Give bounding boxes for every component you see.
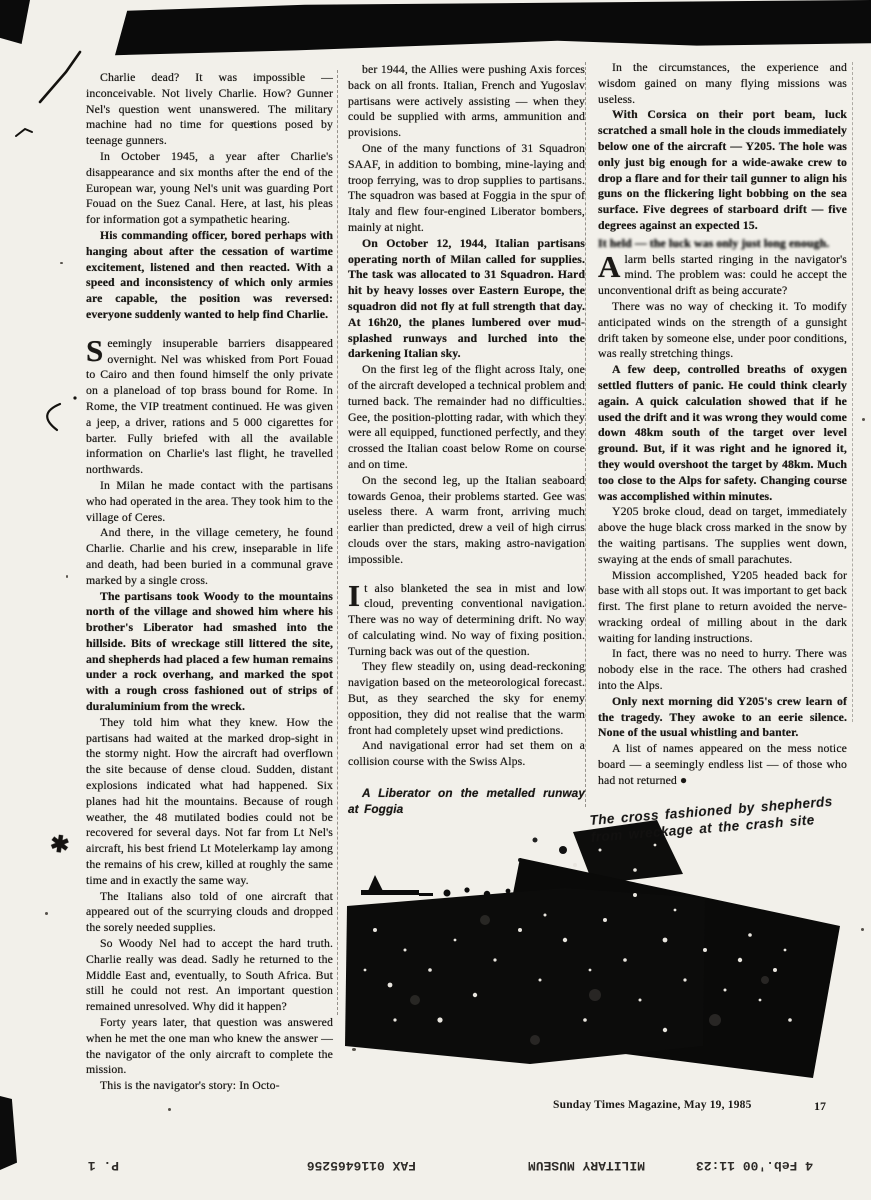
paragraph: In fact, there was no need to hurry. The… [598, 646, 847, 693]
scan-noise-dot [862, 418, 865, 421]
paragraph: Forty years later, that question was ans… [86, 1015, 333, 1078]
page-edge-rule [852, 62, 853, 722]
fax-page-count: P. 1 [88, 1158, 119, 1173]
paragraph: A list of names appeared on the mess not… [598, 741, 847, 788]
scan-artifact-top-band [0, 0, 871, 60]
page-footer: Sunday Times Magazine, May 19, 1985 17 [0, 1099, 871, 1115]
paragraph: In Milan he made contact with the partis… [86, 478, 333, 525]
paragraph: They told him what they knew. How the pa… [86, 715, 333, 889]
photo-crash-site [335, 820, 850, 1095]
paragraph: ber 1944, the Allies were pushing Axis f… [348, 62, 585, 141]
paragraph: So Woody Nel had to accept the hard trut… [86, 936, 333, 1015]
fax-number: FAX 0116465256 [307, 1158, 416, 1173]
paragraph: One of the many functions of 31 Squadron… [348, 141, 585, 236]
paragraph: Only next morning did Y205's crew learn … [598, 694, 847, 741]
drop-cap: S [86, 338, 103, 364]
scan-noise-dot [60, 262, 63, 264]
paragraph-with-dropcap: Seemingly insuperable barriers disappear… [86, 336, 333, 478]
paragraph: Mission accomplished, Y205 headed back f… [598, 568, 847, 647]
paragraph: And navigational error had set them on a… [348, 738, 585, 770]
paragraph: In the circumstances, the experience and… [598, 60, 847, 107]
drop-cap: A [598, 254, 621, 280]
fax-transmission-line: 4 Feb.'00 11:23 MILITARY MUSEUM FAX 0116… [0, 1152, 871, 1176]
illegible-smudged-line: It held — the luck was only just long en… [598, 236, 847, 252]
scan-noise-dot [45, 912, 48, 915]
paragraph: The Italians also told of one aircraft t… [86, 889, 333, 936]
paragraph: And there, in the village cemetery, he f… [86, 525, 333, 588]
paragraph: They flew steadily on, using dead-reckon… [348, 659, 585, 738]
paragraph: In October 1945, a year after Charlie's … [86, 149, 333, 228]
paragraph: There was no way of checking it. To modi… [598, 299, 847, 362]
scan-noise-dot [861, 928, 864, 931]
fax-sender: MILITARY MUSEUM [528, 1158, 645, 1173]
article-column-middle: ber 1944, the Allies were pushing Axis f… [348, 62, 585, 818]
curve-mark [47, 404, 60, 430]
paragraph: With Corsica on their port beam, luck sc… [598, 107, 847, 233]
check-mark [16, 129, 32, 136]
article-column-left: Charlie dead? It was impossible — inconc… [86, 70, 333, 1094]
drop-cap: I [348, 583, 360, 609]
paragraph: On the second leg, up the Italian seaboa… [348, 473, 585, 568]
photo-caption-liberator: A Liberator on the metalled runway at Fo… [348, 786, 585, 818]
paragraph: On the first leg of the flight across It… [348, 362, 585, 473]
pen-stroke-mark [40, 52, 80, 102]
column-rule [585, 62, 586, 807]
fax-datetime: 4 Feb.'00 11:23 [696, 1158, 813, 1173]
magazine-title-date: Sunday Times Magazine, May 19, 1985 [553, 1099, 752, 1111]
paragraph: His commanding officer, bored perhaps wi… [86, 228, 333, 323]
paragraph: Charlie dead? It was impossible — inconc… [86, 70, 333, 149]
page-number: 17 [814, 1099, 826, 1114]
article-column-right: In the circumstances, the experience and… [598, 60, 847, 789]
paragraph: This is the navigator's story: In Octo- [86, 1078, 333, 1094]
scanned-magazine-page: Charlie dead? It was impossible — inconc… [0, 0, 871, 1200]
paragraph: A few deep, controlled breaths of oxygen… [598, 362, 847, 504]
paragraph: Y205 broke cloud, dead on target, immedi… [598, 504, 847, 567]
paragraph-with-dropcap: It also blanketed the sea in mist and lo… [348, 581, 585, 660]
paragraph-with-dropcap: Alarm bells started ringing in the navig… [598, 252, 847, 299]
margin-asterisk-mark: ✱ [48, 831, 71, 859]
paragraph: The partisans took Woody to the mountain… [86, 589, 333, 715]
scan-artifact-corner-blob [0, 0, 30, 44]
scan-noise-dot [66, 575, 68, 578]
paragraph: On October 12, 1944, Italian partisans o… [348, 236, 585, 362]
